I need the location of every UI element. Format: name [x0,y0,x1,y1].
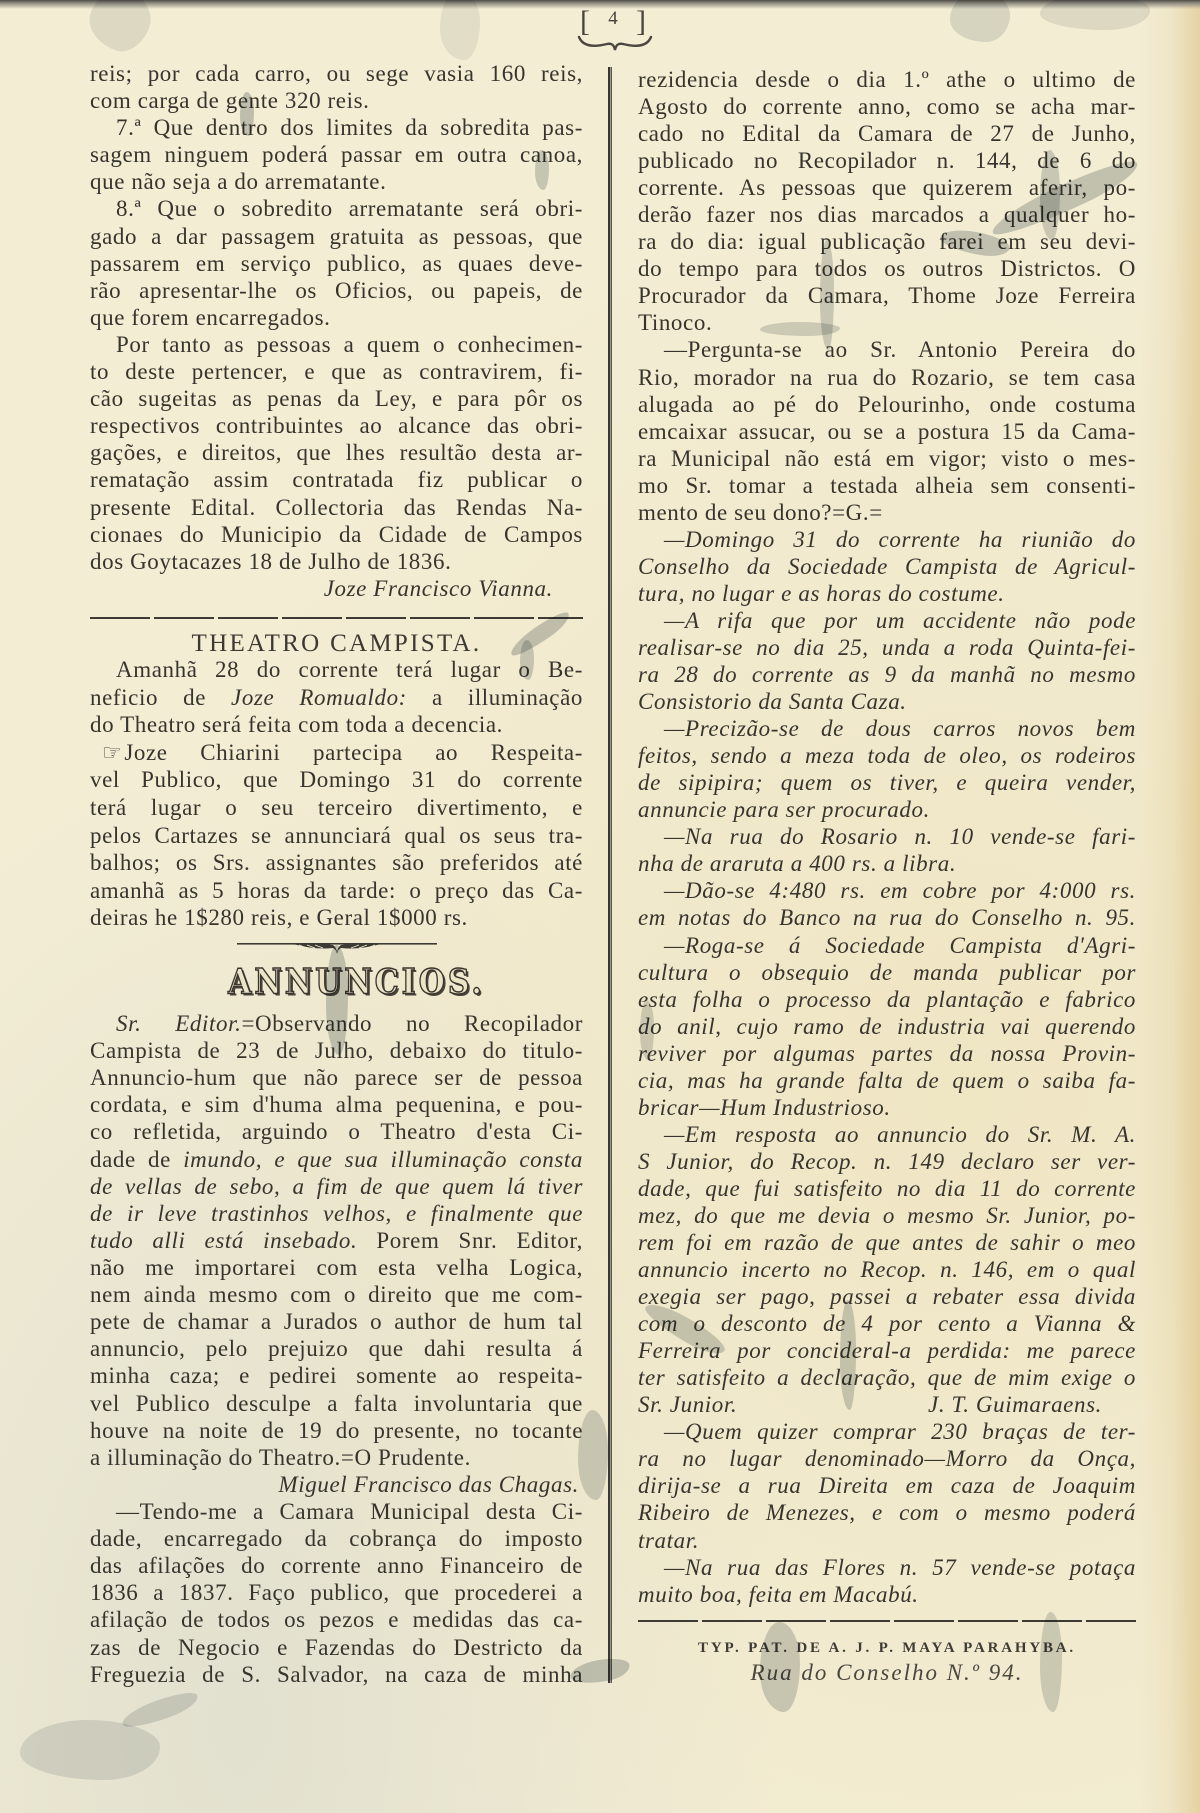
text-line: Tinoco. [638,309,1136,336]
text-segment: Joze Chiarini partecipa ao Respeita- [124,740,583,765]
text-line: ra Municipal não está em vigor; visto o … [638,445,1136,472]
text-line: tudo alli está insebado. Porem Snr. Edit… [90,1227,583,1254]
notice-terras: —Quem quizer comprar 230 braças de ter- … [638,1418,1136,1553]
text-line: gações, e direitos, que lhes resultão de… [90,439,583,466]
text-line: to deste pertencer, e que as contravirem… [90,358,583,385]
text-line: de ir leve trastinhos velhos, e finalmen… [90,1200,583,1227]
text-line: do tempo para todos os outros Districtos… [638,255,1136,282]
text-line: rezidencia desde o dia 1.º athe o ultimo… [638,66,1136,93]
text-line: —Na rua do Rosario n. 10 vende-se fari- [638,823,1136,850]
text-line: dade, encarregado da cobrança do imposto [90,1525,583,1552]
text-line: rematação assim contratada fiz publicar … [90,466,583,493]
text-segment: Porem Snr. Editor, [357,1228,583,1253]
text-segment: dade de [90,1147,183,1172]
text-line: —Dão-se 4:480 rs. em cobre por 4:000 rs. [638,877,1136,904]
text-line: muito boa, feita em Macabú. [638,1581,1136,1608]
text-line: dirija-se a rua Direita em caza de Joaqu… [638,1472,1136,1499]
ornamental-rule-icon [237,940,437,956]
text-line: mo Sr. tomar a testada alheia sem consen… [638,472,1136,499]
quoted-text: tudo alli está insebado. [90,1228,357,1253]
notice-editor-letter: Sr. Editor.=Observando no Recopilador Ca… [90,1010,583,1498]
water-stain [950,0,1010,42]
text-line: esta folha o processo da plantação e fab… [638,986,1136,1013]
text-line: passarem em serviço publico, as quaes de… [90,250,583,277]
text-line: Annuncio-hum que não parece ser de pesso… [90,1064,583,1091]
text-line: das afilações do corrente anno Financeir… [90,1552,583,1579]
notice-afilacao-continued: rezidencia desde o dia 1.º athe o ultimo… [638,66,1136,336]
text-line: Procurador da Camara, Thome Joze Ferreir… [638,282,1136,309]
text-line: —A rifa que por um accidente não pode [638,607,1136,634]
text-line: vel Publico desculpe a falta involuntari… [90,1390,583,1417]
curly-brace-icon [577,35,653,51]
text-line: —Pergunta-se ao Sr. Antonio Pereira do [638,336,1136,363]
text-segment: =Observando no Recopilador [241,1011,583,1036]
section-heading-theatro: THEATRO CAMPISTA. [90,629,583,659]
text-line: publicado no Recopilador n. 144, de 6 do [638,147,1136,174]
text-line: Sr. Junior. J. T. Guimaraens. [638,1391,1136,1418]
water-stain [440,0,480,60]
text-line: tratar. [638,1527,1136,1554]
bracket-close: ] [636,6,646,38]
text-line: de sipipira; quem os tiver, e queira ven… [638,769,1136,796]
text-line: exegia ser pago, passei a rebater essa d… [638,1283,1136,1310]
text-line: rão apresentar-lhe os Oficios, ou papeis… [90,277,583,304]
text-line: dade de imundo, e que sua illuminação co… [90,1146,583,1173]
text-line: deiras he 1$280 reis, e Geral 1$000 rs. [90,904,583,932]
text-line: gado a dar passagem gratuita as pessoas,… [90,223,583,250]
column-divider [608,67,612,1683]
text-line: neficio de Joze Romualdo: a illuminação [90,684,583,712]
text-line: tura, no lugar e as horas do costume. [638,580,1136,607]
notice-cobre: —Dão-se 4:480 rs. em cobre por 4:000 rs.… [638,877,1136,931]
signature: Miguel Francisco das Chagas. [90,1471,583,1498]
text-line: com o desconto de 4 por cento a Vianna & [638,1310,1136,1337]
water-stain [20,1720,160,1780]
text-line: houve na noite de 19 do presente, no toc… [90,1417,583,1444]
person-name: Joze Romualdo: [231,685,407,710]
notice-carros: —Precizão-se de dous carros novos bem fe… [638,715,1136,823]
text-line: —Quem quizer comprar 230 braças de ter- [638,1418,1136,1445]
printer-imprint: TYP. PAT. DE A. J. P. MAYA PARAHYBA. [638,1639,1136,1657]
text-line: nha de araruta a 400 rs. a libra. [638,850,1136,877]
text-line: do Theatro será feita com toda a decenci… [90,711,583,739]
article-edital: reis; por cada carro, ou sege vasia 160 … [90,60,583,602]
newspaper-page: [ 4 ] reis; por cada carro, ou sege vasi… [0,0,1200,1813]
text-line: amanhã as 5 horas da tarde: o preço das … [90,877,583,905]
text-line: vel Publico, que Domingo 31 do corrente [90,766,583,794]
text-line: Agosto do corrente anno, como se acha ma… [638,93,1136,120]
notice-afilacao: —Tendo-me a Camara Municipal desta Ci- d… [90,1498,583,1688]
text-line: não me importarei com esta velha Logica, [90,1254,583,1281]
pointing-hand-icon: ☞ [102,740,122,767]
quoted-text: imundo, e que sua illuminação consta [183,1147,583,1172]
notice-araruta: —Na rua do Rosario n. 10 vende-se fari- … [638,823,1136,877]
text-line: sagem ninguem poderá passar em outra can… [90,141,583,168]
text-line: mento de seu dono?=G.= [638,499,1136,526]
text-segment: Sr. Junior. [638,1391,737,1418]
signature: Joze Francisco Vianna. [90,575,583,602]
text-line: Campista de 23 de Julho, debaixo do titu… [90,1037,583,1064]
text-line: dade, que fui satisfeito no dia 11 do co… [638,1175,1136,1202]
printer-address: Rua do Conselho N.º 94. [638,1660,1136,1686]
text-line: presente Edital. Collectoria das Rendas … [90,494,583,521]
text-line: Por tanto as pessoas a quem o conhecimen… [90,331,583,358]
text-line: pete de chamar a Jurados o author de hum… [90,1308,583,1335]
text-line: em notas do Banco na rua do Conselho n. … [638,904,1136,931]
text-line: Consistorio da Santa Caza. [638,688,1136,715]
text-line: zas de Negocio e Fazendas do Destricto d… [90,1634,583,1661]
text-line: —Domingo 31 do corrente ha riunião do [638,526,1136,553]
text-line: terá lugar o seu terceiro divertimento, … [90,794,583,822]
page-number: [ 4 ] [578,6,648,38]
text-line: co refletida, arguindo o Theatro d'esta … [90,1118,583,1145]
text-line: cia, mas ha grande falta de quem o saiba… [638,1067,1136,1094]
water-stain [1040,0,1150,30]
text-line: 8.ª Que o sobredito arrematante será obr… [90,195,583,222]
section-divider [638,1620,1136,1622]
text-line: reviver por algumas partes da nossa Prov… [638,1040,1136,1067]
text-line: mez, do que me devia o mesmo Sr. Junior,… [638,1202,1136,1229]
text-line: cado no Edital da Camara de 27 de Junho, [638,120,1136,147]
text-line: —Na rua das Flores n. 57 vende-se potaça [638,1554,1136,1581]
text-line: annuncio incerto no Recop. n. 146, em o … [638,1256,1136,1283]
salutation: Sr. Editor. [116,1011,241,1036]
text-line: alugada ao pé do Pelourinho, onde costum… [638,391,1136,418]
text-line: cionaes do Municipio da Cidade de Campos [90,521,583,548]
notice-sociedade-reuniao: —Domingo 31 do corrente ha riunião do Co… [638,526,1136,607]
text-line: balhos; os Srs. assignantes são preferid… [90,849,583,877]
text-line: Rio, morador na rua do Rozario, se tem c… [638,364,1136,391]
text-line: minha caza; e pedirei somente ao respeit… [90,1362,583,1389]
text-line: bricar—Hum Industrioso. [638,1094,1136,1121]
section-heading-annuncios: ANNUNCIOS. [110,961,603,1005]
notice-rifa: —A rifa que por um accidente não pode re… [638,607,1136,715]
text-line: —Tendo-me a Camara Municipal desta Ci- [90,1498,583,1525]
text-line: —Roga-se á Sociedade Campista d'Agri- [638,932,1136,959]
text-line: Ferreira por concideral-a perdida: me pa… [638,1337,1136,1364]
text-line: reis; por cada carro, ou sege vasia 160 … [90,60,583,87]
text-line: annuncio, pelo prejuizo que dahi resulta… [90,1335,583,1362]
text-line: cordata, e sim d'huma alma pequenina, e … [90,1091,583,1118]
text-line: ra no lugar denominado—Morro da Onça, [638,1445,1136,1472]
text-line: —Precizão-se de dous carros novos bem [638,715,1136,742]
text-line: 1836 a 1837. Faço publico, que procedere… [90,1579,583,1606]
notice-pergunta: —Pergunta-se ao Sr. Antonio Pereira do R… [638,336,1136,525]
text-line: pelos Cartazes se annunciará qual os seu… [90,822,583,850]
text-line: ☞Joze Chiarini partecipa ao Respeita- [90,739,583,767]
text-line: 7.ª Que dentro dos limites da sobredita … [90,114,583,141]
text-line: que forem encarregados. [90,304,583,331]
notice-anil: —Roga-se á Sociedade Campista d'Agri- cu… [638,932,1136,1121]
text-line: emcaixar assucar, ou se a postura 15 da … [638,418,1136,445]
text-line: rem foi em razão de que antes de sahir o… [638,1229,1136,1256]
text-line: derão fazer nos dias marcados a qualquer… [638,201,1136,228]
text-line: a illuminação do Theatro.=O Prudente. [90,1444,583,1471]
text-line: S Junior, do Recop. n. 149 declaro ser v… [638,1148,1136,1175]
text-line: de vellas de sebo, a fim de que quem lá … [90,1173,583,1200]
text-line: Freguezia de S. Salvador, na caza de min… [90,1661,583,1688]
article-theatro-campista: Amanhã 28 do corrente terá lugar o Be- n… [90,656,583,932]
notice-flores: —Na rua das Flores n. 57 vende-se potaça… [638,1554,1136,1608]
text-line: realisar-se no dia 25, unda a roda Quint… [638,634,1136,661]
text-line: com carga de gente 320 reis. [90,87,583,114]
right-column: rezidencia desde o dia 1.º athe o ultimo… [638,66,1136,1608]
text-line: respectivos contribuintes ao alcance das… [90,412,583,439]
text-segment: neficio de [90,685,231,710]
signature: J. T. Guimaraens. [928,1391,1102,1418]
text-line: cultura o obsequio de manda publicar por [638,959,1136,986]
text-line: ra do dia: igual publicação farei em seu… [638,228,1136,255]
text-line: ra 28 do corrente as 9 da manhã no mesmo [638,661,1136,688]
text-line: afilação de todos os pezos e medidas das… [90,1606,583,1633]
text-line: annuncie para ser procurado. [638,796,1136,823]
text-line: dos Goytacazes 18 de Julho de 1836. [90,548,583,575]
text-line: que não seja a do arrematante. [90,168,583,195]
article-annuncios: Sr. Editor.=Observando no Recopilador Ca… [90,1010,583,1688]
text-line: Sr. Editor.=Observando no Recopilador [90,1010,583,1037]
text-line: Ribeiro de Menezes, e com o mesmo poderá [638,1499,1136,1526]
text-line: do anil, cujo ramo de industria vai quer… [638,1013,1136,1040]
text-line: cão sugeitas as penas da Ley, e para pôr… [90,385,583,412]
water-stain [119,1687,201,1733]
text-line: nem ainda mesmo com o direito que me com… [90,1281,583,1308]
text-line: —Em resposta ao annuncio do Sr. M. A. [638,1121,1136,1148]
text-line: feitos, sendo a meza toda de oleo, os ro… [638,742,1136,769]
water-stain [82,0,159,58]
section-divider [90,617,583,619]
text-line: Amanhã 28 do corrente terá lugar o Be- [90,656,583,684]
text-line: Conselho da Sociedade Campista de Agricu… [638,553,1136,580]
text-segment: a illuminação [407,685,583,710]
text-line: ter satisfeito a declaração, que de mim … [638,1364,1136,1391]
text-line: corrente. As pessoas que quizerem aferir… [638,174,1136,201]
notice-resposta: —Em resposta ao annuncio do Sr. M. A. S … [638,1121,1136,1419]
